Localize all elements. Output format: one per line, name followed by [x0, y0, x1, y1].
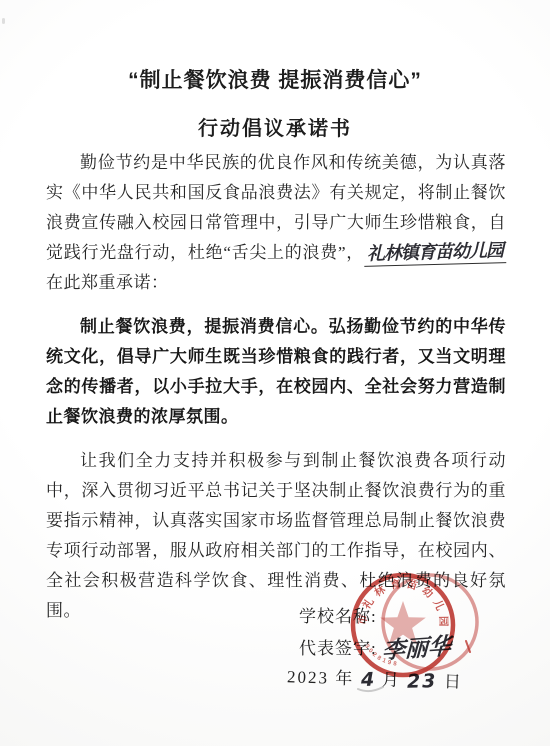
date-row: 2023 年 4 月 23 日: [287, 661, 464, 698]
date-day-label: 日: [444, 672, 464, 692]
school-name-label: 学校名称:: [299, 607, 377, 626]
paragraph-1-text-post: 在此郑重承诺：: [46, 273, 169, 292]
school-name-row: 学校名称:: [299, 601, 463, 632]
handwritten-school-name: 礼林镇育苗幼儿园: [364, 241, 507, 267]
paragraph-2: 制止餐饮浪费，提振消费信心。弘扬勤俭节约的中华传统文化，倡导广大师生既当珍惜粮食…: [46, 312, 506, 432]
representative-signature: 李丽华: [382, 632, 452, 668]
document-title: “制止餐饮浪费 提振消费信心”: [0, 64, 550, 94]
document-body: 勤俭节约是中华民族的优良作风和传统美德，为认真落实《中华人民共和国反食品浪费法》…: [46, 148, 506, 626]
date-year-label: 年: [335, 669, 355, 689]
document-subtitle: 行动倡议承诺书: [0, 112, 550, 141]
date-month-label: 月: [382, 670, 402, 690]
document-page: “制止餐饮浪费 提振消费信心” 行动倡议承诺书 勤俭节约是中华民族的优良作风和传…: [0, 0, 550, 746]
date-month-handwritten: 4: [360, 665, 376, 696]
date-day-handwritten: 23: [407, 666, 438, 698]
paragraph-3: 让我们全力支持并积极参与到制止餐饮浪费各项行动中，深入贯彻习近平总书记关于坚决制…: [46, 446, 506, 626]
date-year: 2023: [287, 667, 330, 687]
scan-artifact-speck: [2, 18, 5, 24]
signature-block: 学校名称: 代表签字: 李丽华 2023 年 4 月 23 日: [299, 601, 463, 695]
representative-label: 代表签字:: [299, 639, 377, 658]
representative-row: 代表签字: 李丽华: [299, 632, 463, 664]
paragraph-1: 勤俭节约是中华民族的优良作风和传统美德，为认真落实《中华人民共和国反食品浪费法》…: [46, 148, 506, 298]
seal-stray-ink-mark: [466, 641, 470, 652]
